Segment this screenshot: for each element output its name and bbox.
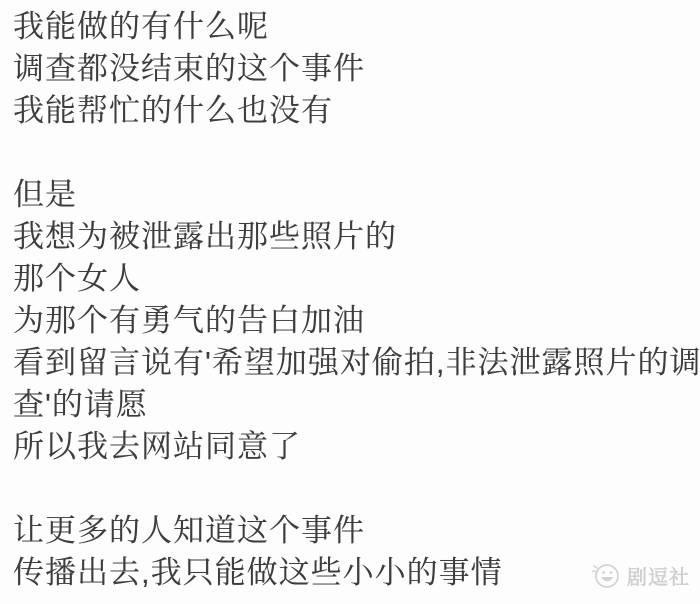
- text-line: 查'的请愿: [13, 384, 700, 426]
- text-line: 我能帮忙的什么也没有: [13, 90, 700, 132]
- text-line: 所以我去网站同意了: [13, 426, 700, 468]
- paragraph-1: 我能做的有什么呢 调查都没结束的这个事件 我能帮忙的什么也没有: [13, 6, 700, 132]
- text-line: 看到留言说有'希望加强对偷拍,非法泄露照片的调: [13, 342, 700, 384]
- text-line: 我能做的有什么呢: [13, 6, 700, 48]
- watermark: 剧逗社: [591, 560, 690, 590]
- text-line: 让更多的人知道这个事件: [13, 510, 700, 552]
- text-line: 我想为被泄露出那些照片的: [13, 216, 700, 258]
- text-line: 调查都没结束的这个事件: [13, 48, 700, 90]
- laughing-face-icon: [591, 560, 621, 590]
- watermark-label: 剧逗社: [627, 561, 690, 590]
- paragraph-2: 但是 我想为被泄露出那些照片的 那个女人 为那个有勇气的告白加油 看到留言说有'…: [13, 174, 700, 468]
- text-line: 那个女人: [13, 258, 700, 300]
- text-image-page: 我能做的有什么呢 调查都没结束的这个事件 我能帮忙的什么也没有 但是 我想为被泄…: [0, 0, 700, 604]
- text-line: 为那个有勇气的告白加油: [13, 300, 700, 342]
- text-line: 但是: [13, 174, 700, 216]
